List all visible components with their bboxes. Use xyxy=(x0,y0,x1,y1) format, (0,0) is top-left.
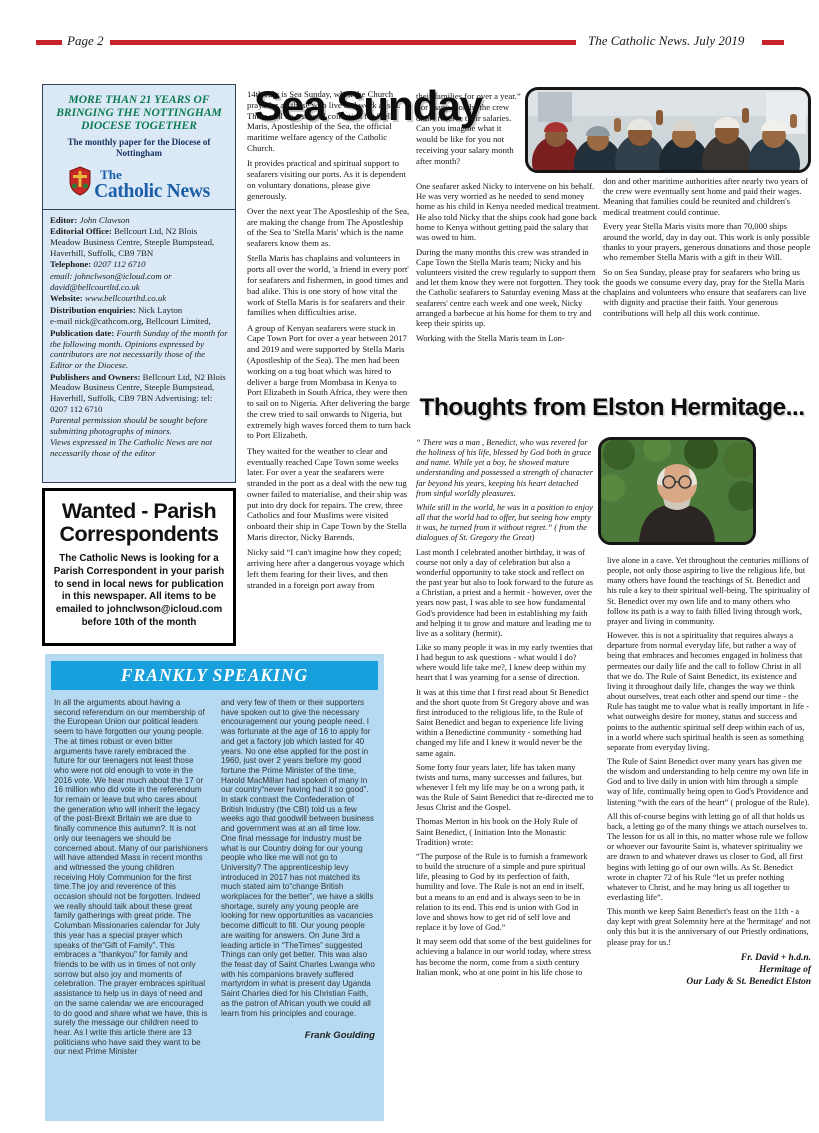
logo-the: The xyxy=(100,168,210,181)
hermitage-paragraph: This month we keep Saint Benedict's feas… xyxy=(607,907,811,948)
sea-paragraph: Over the next year The Apostleship of th… xyxy=(247,206,411,249)
detail-editorial-office: Editorial Office: Bellcourt Ltd, N2 Bloi… xyxy=(50,226,228,258)
logo-name: Catholic News xyxy=(94,182,210,202)
issue-label: The Catholic News. July 2019 xyxy=(588,33,744,49)
detail-views-note: Views expressed in The Catholic News are… xyxy=(50,437,228,458)
newspaper-page: Page 2 The Catholic News. July 2019 Sea … xyxy=(0,0,819,1133)
diocese-crest-icon xyxy=(68,166,92,201)
wanted-box: Wanted - Parish Correspondents The Catho… xyxy=(42,488,236,646)
hermitage-paragraph: live alone in a cave. Yet throughout the… xyxy=(607,556,811,627)
sea-paragraph: 14th July is Sea Sunday, when the Church… xyxy=(247,89,411,154)
masthead-subtitle: The monthly paper for the Diocese of Not… xyxy=(47,137,231,160)
frankly-column-2: and very few of them or their supporters… xyxy=(221,698,375,1057)
hermitage-paragraph: “The purpose of the Rule is to furnish a… xyxy=(416,852,594,933)
hermitage-headline: Thoughts from Elston Hermitage... xyxy=(412,394,812,422)
frankly-column-1: In all the arguments about having a seco… xyxy=(54,698,208,1057)
sea-paragraph: Every year Stella Maris visits more than… xyxy=(603,221,811,262)
hermitage-mid-column: “ There was a man , Benedict, who was re… xyxy=(416,438,594,982)
hermitage-paragraph: Last month I celebrated another birthday… xyxy=(416,548,594,639)
seafarers-photo xyxy=(525,87,811,173)
signature-line: Fr. David + h.d.n. xyxy=(607,952,811,964)
hermitage-paragraph: Like so many people it was in my early t… xyxy=(416,643,594,684)
hermitage-paragraph: It was at this time that I first read ab… xyxy=(416,688,594,759)
sea-column-2-top: their families for over a year.” For man… xyxy=(416,91,522,171)
sea-column-3: don and other maritime authorities after… xyxy=(603,176,811,322)
detail-email: email: johnclwson@icloud.com or david@be… xyxy=(50,271,228,292)
sea-paragraph: their families for over a year.” For man… xyxy=(416,91,522,166)
wanted-title: Wanted - Parish Correspondents xyxy=(47,500,231,545)
masthead-box: MORE THAN 21 YEARS OF BRINGING THE NOTTI… xyxy=(42,84,236,483)
wanted-body: The Catholic News is looking for a Paris… xyxy=(52,553,226,629)
header-rule-right xyxy=(762,40,784,45)
detail-distribution: Distribution enquiries: Nick Layton xyxy=(50,305,228,316)
hermitage-right-column: live alone in a cave. Yet throughout the… xyxy=(607,556,811,989)
frankly-column-2-text: and very few of them or their supporters… xyxy=(221,698,375,1018)
hermit-photo xyxy=(598,437,756,545)
detail-publishers: Publishers and Owners: Bellcourt Ltd, N2… xyxy=(50,372,228,415)
sea-column-2: One seafarer asked Nicky to intervene on… xyxy=(416,181,602,347)
detail-website: Website: www.bellcourtltd.co.uk xyxy=(50,293,228,304)
detail-telephone: Telephone: 0207 112 6710 xyxy=(50,259,228,270)
frankly-signature: Frank Goulding xyxy=(221,1030,375,1041)
sea-column-1: 14th July is Sea Sunday, when the Church… xyxy=(247,89,411,595)
hermitage-paragraph: Some forty four years later, life has ta… xyxy=(416,763,594,814)
masthead-logo: The Catholic News xyxy=(43,166,235,202)
sea-paragraph: During the many months this crew was str… xyxy=(416,247,602,329)
hermitage-paragraph: Thomas Merton in his book on the Holy Ru… xyxy=(416,817,594,847)
sea-paragraph: It provides practical and spiritual supp… xyxy=(247,158,411,201)
hermitage-paragraph: The Rule of Saint Benedict over many yea… xyxy=(607,757,811,808)
masthead-tagline: MORE THAN 21 YEARS OF BRINGING THE NOTTI… xyxy=(51,94,227,134)
header-rule-left xyxy=(36,40,62,45)
hermit-photo-image xyxy=(601,440,753,542)
hermitage-paragraph: However. this is not a spirituality that… xyxy=(607,631,811,753)
sea-paragraph: They waited for the weather to clear and… xyxy=(247,446,411,543)
sea-paragraph: Stella Maris has chaplains and volunteer… xyxy=(247,253,411,318)
hermitage-paragraph: All this of-course begins with letting g… xyxy=(607,812,811,903)
masthead-details: Editor: John Clawson Editorial Office: B… xyxy=(43,215,235,459)
detail-distribution-email: e-mail nick@cathcom.org, Bellcourt Limit… xyxy=(50,316,228,327)
hermitage-quote: “ There was a man , Benedict, who was re… xyxy=(416,438,594,544)
detail-parental-note: Parental permission should be sought bef… xyxy=(50,415,228,436)
hermitage-paragraph: “ There was a man , Benedict, who was re… xyxy=(416,438,594,499)
hermitage-signature: Fr. David + h.d.n. Hermitage of Our Lady… xyxy=(607,952,811,989)
sea-paragraph: Nicky said “I can't imagine how they cop… xyxy=(247,547,411,590)
signature-line: Hermitage of xyxy=(607,964,811,976)
sea-paragraph: One seafarer asked Nicky to intervene on… xyxy=(416,181,602,242)
detail-editor: Editor: John Clawson xyxy=(50,215,228,226)
sea-paragraph: don and other maritime authorities after… xyxy=(603,176,811,217)
masthead-divider xyxy=(43,209,235,210)
seafarers-photo-image xyxy=(528,90,808,170)
sea-paragraph: So on Sea Sunday, please pray for seafar… xyxy=(603,267,811,318)
sea-paragraph: Working with the Stella Maris team in Lo… xyxy=(416,333,602,343)
frankly-speaking-box: FRANKLY SPEAKING In all the arguments ab… xyxy=(45,654,384,1121)
header-rule-middle xyxy=(110,40,576,45)
page-number-label: Page 2 xyxy=(67,33,103,49)
signature-line: Our Lady & St. Benedict Elston xyxy=(607,976,811,988)
hermitage-paragraph: While still in the world, he was in a po… xyxy=(416,503,594,544)
frankly-speaking-title: FRANKLY SPEAKING xyxy=(51,661,378,690)
frankly-speaking-columns: In all the arguments about having a seco… xyxy=(54,698,375,1057)
detail-publication-date: Publication date: Fourth Sunday of the m… xyxy=(50,328,228,371)
sea-paragraph: A group of Kenyan seafarers were stuck i… xyxy=(247,323,411,442)
hermitage-paragraph: It may seem odd that some of the best gu… xyxy=(416,937,594,978)
